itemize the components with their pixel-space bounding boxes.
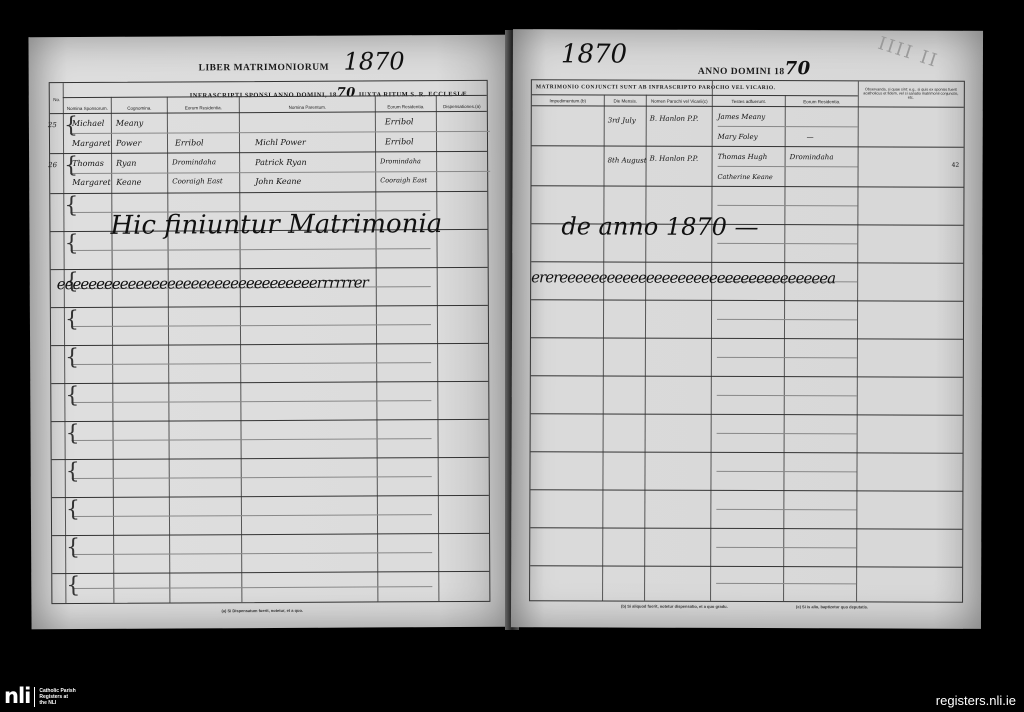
bride-residence: Cooraigh East <box>172 177 222 185</box>
groom-surname: Meany <box>116 119 143 128</box>
handwritten-year: 1870 <box>344 47 405 75</box>
row-line <box>531 451 963 454</box>
row-line <box>52 571 489 574</box>
col-divider <box>856 81 859 601</box>
row-line <box>532 105 964 108</box>
sub-line <box>70 131 490 134</box>
col-divider <box>783 95 786 601</box>
header-parent-names: Nomina Parentum. <box>240 104 375 110</box>
bride-name: Margaret <box>72 178 110 187</box>
groom-parent: Patrick Ryan <box>255 158 307 167</box>
anno-domini-title: ANNO DOMINI 1870 <box>698 58 811 79</box>
site-url-link[interactable]: registers.nli.ie <box>936 693 1016 708</box>
entry-brace: { <box>66 499 80 521</box>
marriage-day: 8th August <box>608 157 647 165</box>
header-day-month: Die Mensis. <box>605 99 646 104</box>
row-line <box>531 185 963 188</box>
entry-brace: { <box>65 309 79 331</box>
sub-line <box>717 433 857 434</box>
header-parent-residence: Eorum Residentia. <box>376 104 436 109</box>
row-line <box>50 191 487 194</box>
row-line <box>51 267 488 270</box>
row-line <box>52 495 489 498</box>
groom-residence: Dromindaha <box>172 158 216 166</box>
register-viewer: LIBER MATRIMONIORUM 1870 INFRASCRIPTI SP… <box>0 0 1024 712</box>
entry-brace: { <box>65 385 79 407</box>
entry-brace: { <box>65 347 79 369</box>
row-line <box>51 305 488 308</box>
title-year: 70 <box>785 58 811 79</box>
sub-line <box>717 471 857 472</box>
sub-line <box>717 357 857 358</box>
entry-brace: { <box>66 575 80 597</box>
groom-parent-residence: Dromindaha <box>380 157 421 165</box>
sub-line <box>716 547 856 548</box>
bride-name: Margaret <box>72 139 110 148</box>
row-line <box>531 261 963 264</box>
row-line <box>51 419 488 422</box>
sub-line <box>717 395 857 396</box>
sub-line <box>717 205 857 206</box>
row-line <box>51 381 488 384</box>
row-line <box>52 457 489 460</box>
bride-parent: Michl Power <box>255 138 306 147</box>
marriage-table-right: MATRIMONIO CONJUNCTI SUNT AB INFRASCRIPT… <box>529 79 965 603</box>
row-line <box>531 337 963 340</box>
header-observations: Observanda, si quae sint: e.g., si quis … <box>860 87 962 99</box>
closing-note-right: de anno 1870 — <box>561 212 758 241</box>
sub-line <box>717 243 857 244</box>
witness-1: Thomas Hugh <box>718 153 768 161</box>
row-line <box>50 111 487 114</box>
sub-line <box>70 171 490 174</box>
header-witnesses: Testes adfuerunt. <box>713 99 785 104</box>
row-line <box>530 527 962 530</box>
header-surnames: Cognomina. <box>112 106 167 111</box>
register-title: LIBER MATRIMONIORUM <box>199 63 330 74</box>
marriage-day: 3rd July <box>608 117 636 125</box>
bride-residence: Erribol <box>175 138 204 147</box>
closing-squiggle-left: eeeeeeeeeeeeeeeeeeeeeeeeeeeeeeeeerrrrrre… <box>57 273 497 293</box>
header-priest-name: Nomen Parochi vel Vicarii(c) <box>647 99 712 104</box>
header-dispensations: Dispensationes.(a) <box>437 104 487 109</box>
bride-parent: John Keane <box>255 177 301 186</box>
priest-name: B. Hanlon P.P. <box>650 115 699 123</box>
row-line <box>532 94 858 96</box>
bride-parent-residence: Cooraigh East <box>380 176 427 184</box>
bride-parent-residence: Erribol <box>385 137 414 146</box>
caption-year: 70 <box>337 86 356 101</box>
witness-2: Catherine Keane <box>718 173 773 181</box>
row-line <box>50 151 487 154</box>
col-divider <box>602 94 605 600</box>
title-text: ANNO DOMINI 18 <box>698 67 785 77</box>
footnote-right-c: (c) Si is alio, baptizetur quo deputatis… <box>796 604 868 609</box>
entry-brace: { <box>64 195 78 217</box>
groom-name: Michael <box>72 119 104 128</box>
sub-line <box>718 166 858 167</box>
entry-brace: { <box>66 537 80 559</box>
groom-name: Thomas <box>72 159 104 168</box>
sub-line <box>716 509 856 510</box>
row-line <box>52 533 489 536</box>
entry-brace: { <box>65 423 79 445</box>
entry-number: 25 <box>48 121 57 129</box>
entry-brace: { <box>64 233 78 255</box>
table-caption: MATRIMONIO CONJUNCTI SUNT AB INFRASCRIPT… <box>536 84 776 91</box>
entry-number: 26 <box>48 161 57 169</box>
marriage-table-left: INFRASCRIPTI SPONSI ANNO DOMINI, 1870 JU… <box>49 80 491 604</box>
header-residence: Eorum Residentia. <box>168 105 239 110</box>
logo-caption: Catholic Parish Registers at the NLI <box>39 688 75 706</box>
left-register-page: LIBER MATRIMONIORUM 1870 INFRASCRIPTI SP… <box>28 35 511 630</box>
closing-squiggle-right: erereeeeeeeeeeeeeeeeeeeeeeeeeeeeeeeeeea <box>531 268 963 288</box>
groom-surname: Ryan <box>116 159 136 168</box>
col-divider <box>710 81 713 601</box>
nli-logo[interactable]: nli Catholic Parish Registers at the NLI <box>4 686 76 707</box>
footnote-right-b: (b) Si aliquod fuerit, notetur dispensat… <box>621 604 728 609</box>
closing-note-left: Hic finiuntur Matrimonia <box>110 209 442 241</box>
nli-logo-mark: nli <box>4 686 30 707</box>
row-line <box>530 489 962 492</box>
handwritten-year: 1870 <box>561 39 627 69</box>
witness-2: Mary Foley <box>718 133 758 141</box>
sub-line <box>716 583 856 584</box>
row-line <box>531 375 963 378</box>
row-line <box>530 565 962 568</box>
header-impediment: Impedimentum.(b) <box>532 98 604 103</box>
sub-line <box>717 319 857 320</box>
footnote-left: (a) Si Dispensatum fuerit, notetur, et a… <box>221 608 303 613</box>
priest-name: B. Hanlon P.P. <box>650 155 699 163</box>
row-line <box>51 343 488 346</box>
header-sponsor-names: Nomina Sponsorum. <box>64 106 111 111</box>
bride-surname: Keane <box>116 178 141 187</box>
row-line <box>531 413 963 416</box>
right-register-page: 1870 ANNO DOMINI 1870 MATRIMONIO CONJUNC… <box>511 29 983 629</box>
logo-line: the NLI <box>39 700 75 706</box>
header-no: No. <box>51 97 63 102</box>
observation-note: 42 <box>952 162 960 169</box>
row-line <box>532 145 964 148</box>
logo-divider <box>34 687 35 707</box>
row-line <box>531 299 963 302</box>
witness-residence-2: — <box>807 133 814 141</box>
logo-line: Catholic Parish <box>39 688 75 694</box>
entry-brace: { <box>66 461 80 483</box>
table-caption: INFRASCRIPTI SPONSI ANNO DOMINI, 1870 JU… <box>190 85 468 101</box>
witness-1: James Meany <box>718 113 766 121</box>
col-divider <box>644 95 647 601</box>
witness-residence-1: Dromindaha <box>790 153 834 161</box>
header-witness-residence: Eorum Residentia. <box>786 99 858 104</box>
bride-surname: Power <box>116 139 141 148</box>
groom-parent-residence: Erribol <box>385 117 414 126</box>
sub-line <box>718 126 858 127</box>
